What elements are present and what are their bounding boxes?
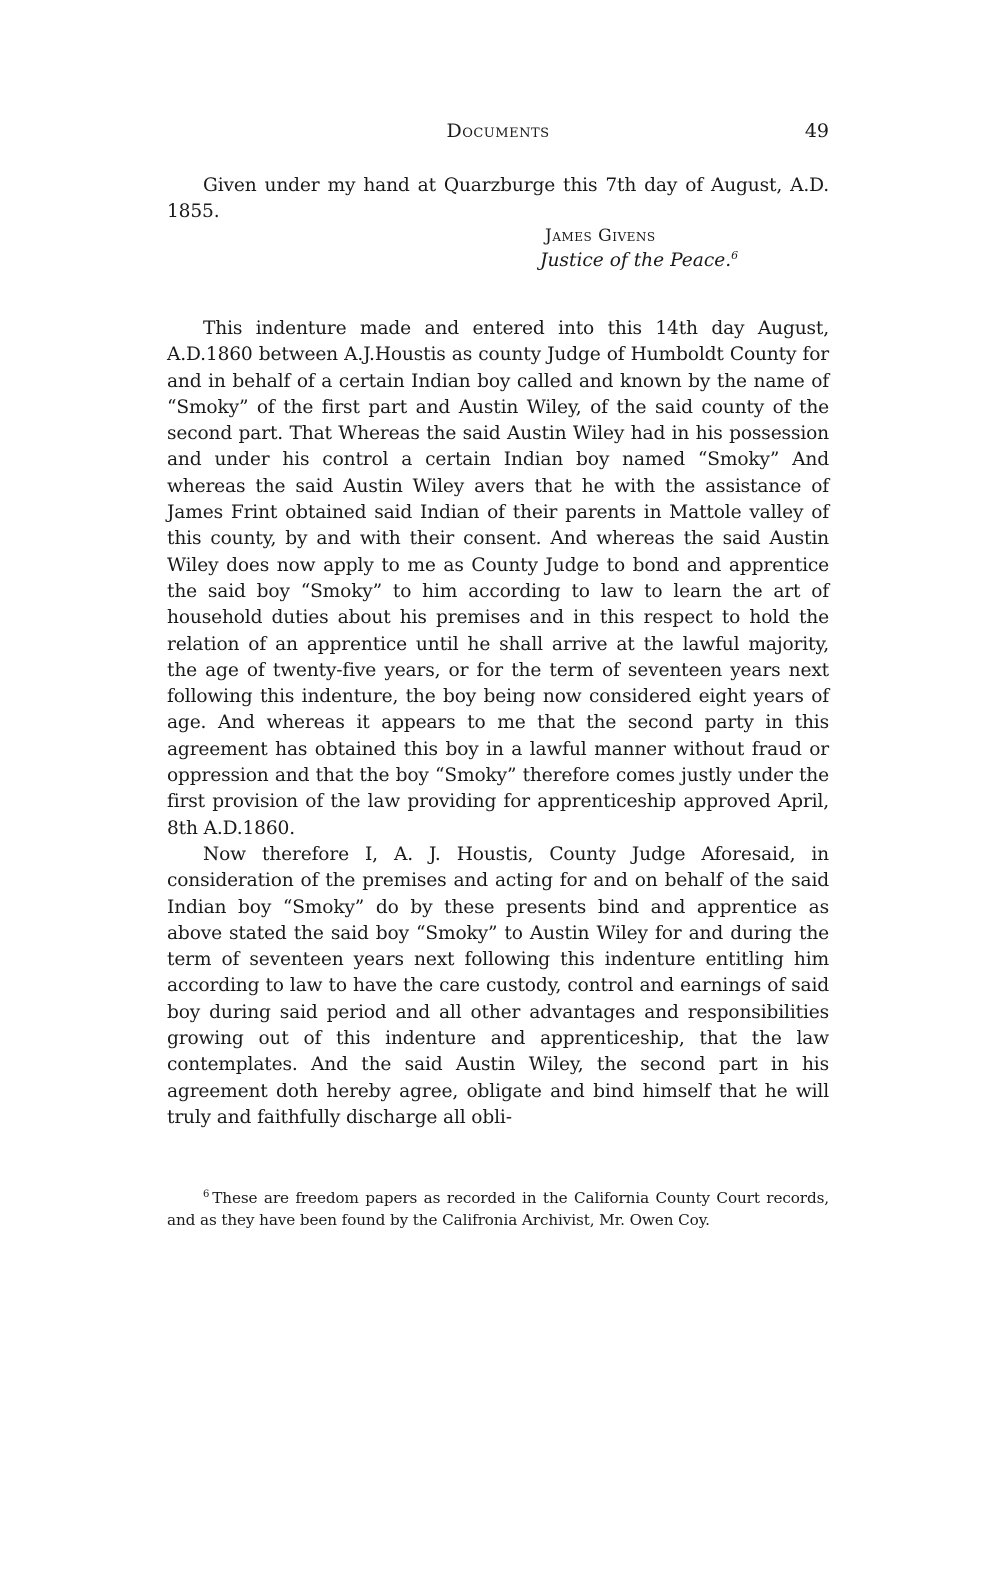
given-under-hand-paragraph: Given under my hand at Quarzburge this 7… [167,173,829,226]
running-head: Documents 49 [167,120,829,150]
indenture-paragraph-1: This indenture made and entered into thi… [167,316,829,842]
given-under-hand-section: Given under my hand at Quarzburge this 7… [167,173,829,226]
signature-title-text: Justice of the Peace. [540,250,731,271]
footnote-text: These are freedom papers as recorded in … [167,1189,829,1229]
footnote: 6These are freedom papers as recorded in… [167,1187,829,1231]
indenture-paragraph-2: Now therefore I, A. J. Houstis, County J… [167,842,829,1131]
indenture-section: This indenture made and entered into thi… [167,316,829,1131]
signature-name: James Givens [545,226,656,246]
signature-title: Justice of the Peace.6 [540,250,738,271]
page-number: 49 [805,120,829,142]
running-title: Documents [167,120,829,142]
footnote-mark: 6 [203,1189,209,1200]
footnote-reference: 6 [731,249,738,262]
